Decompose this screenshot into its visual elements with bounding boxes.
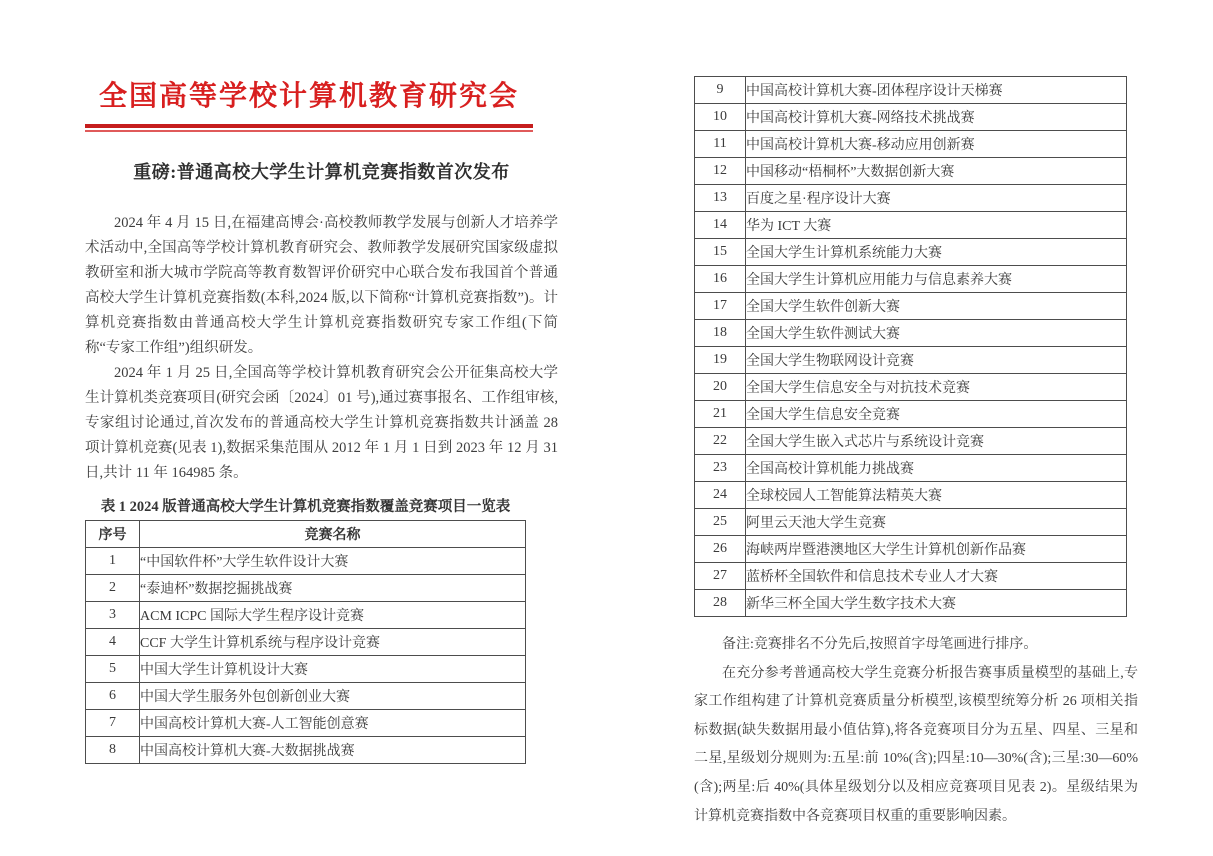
paragraph-1: 2024 年 4 月 15 日,在福建高博会·高校教师教学发展与创新人才培养学术… — [85, 211, 558, 361]
paragraph-3: 在充分参考普通高校大学生竞赛分析报告赛事质量模型的基础上,专家工作组构建了计算机… — [694, 660, 1138, 832]
competition-name-cell: 全国大学生软件测试大赛 — [746, 320, 1127, 347]
row-number-cell: 9 — [695, 77, 746, 104]
table-row: 28 新华三杯全国大学生数字技术大赛 — [695, 590, 1127, 617]
row-number-cell: 25 — [695, 509, 746, 536]
row-number-cell: 28 — [695, 590, 746, 617]
competition-name-cell: 华为 ICT 大赛 — [746, 212, 1127, 239]
rule-thin-line — [85, 130, 533, 132]
row-number-cell: 10 — [695, 104, 746, 131]
table-row: 11 中国高校计算机大赛-移动应用创新赛 — [695, 131, 1127, 158]
competition-name-cell: “泰迪杯”数据挖掘挑战赛 — [140, 575, 526, 602]
row-number-cell: 13 — [695, 185, 746, 212]
table-row: 23 全国高校计算机能力挑战赛 — [695, 455, 1127, 482]
table-row: 18 全国大学生软件测试大赛 — [695, 320, 1127, 347]
letterhead: 全国高等学校计算机教育研究会 — [85, 80, 533, 132]
competition-name-cell: ACM ICPC 国际大学生程序设计竞赛 — [140, 602, 526, 629]
org-title: 全国高等学校计算机教育研究会 — [85, 80, 533, 114]
competition-name-cell: 中国高校计算机大赛-大数据挑战赛 — [140, 737, 526, 764]
col-header-no: 序号 — [86, 521, 140, 548]
right-page-column: 9 中国高校计算机大赛-团体程序设计天梯赛 10 中国高校计算机大赛-网络技术挑… — [694, 73, 1138, 831]
table-row: 13 百度之星·程序设计大赛 — [695, 185, 1127, 212]
row-number-cell: 27 — [695, 563, 746, 590]
competition-name-cell: 全国大学生物联网设计竞赛 — [746, 347, 1127, 374]
competition-name-cell: “中国软件杯”大学生软件设计大赛 — [140, 548, 526, 575]
table-row: 8 中国高校计算机大赛-大数据挑战赛 — [86, 737, 526, 764]
row-number-cell: 14 — [695, 212, 746, 239]
table-row: 16 全国大学生计算机应用能力与信息素养大赛 — [695, 266, 1127, 293]
table-row: 12 中国移动“梧桐杯”大数据创新大赛 — [695, 158, 1127, 185]
table-row: 10 中国高校计算机大赛-网络技术挑战赛 — [695, 104, 1127, 131]
table-row: 7 中国高校计算机大赛-人工智能创意赛 — [86, 710, 526, 737]
row-number-cell: 1 — [86, 548, 140, 575]
rule-thick-line — [85, 124, 533, 128]
competition-name-cell: 全球校园人工智能算法精英大赛 — [746, 482, 1127, 509]
table-row: 9 中国高校计算机大赛-团体程序设计天梯赛 — [695, 77, 1127, 104]
row-number-cell: 2 — [86, 575, 140, 602]
table-row: 19 全国大学生物联网设计竞赛 — [695, 347, 1127, 374]
table-row: 25 阿里云天池大学生竞赛 — [695, 509, 1127, 536]
table-row: 4 CCF 大学生计算机系统与程序设计竞赛 — [86, 629, 526, 656]
row-number-cell: 16 — [695, 266, 746, 293]
row-number-cell: 18 — [695, 320, 746, 347]
left-page-column: 全国高等学校计算机教育研究会 重磅:普通高校大学生计算机竞赛指数首次发布 202… — [85, 80, 558, 764]
row-number-cell: 12 — [695, 158, 746, 185]
competition-name-cell: 中国大学生计算机设计大赛 — [140, 656, 526, 683]
competition-table-page2: 9 中国高校计算机大赛-团体程序设计天梯赛 10 中国高校计算机大赛-网络技术挑… — [694, 76, 1127, 617]
competition-name-cell: 全国大学生信息安全竞赛 — [746, 401, 1127, 428]
row-number-cell: 20 — [695, 374, 746, 401]
table-row: 21 全国大学生信息安全竞赛 — [695, 401, 1127, 428]
competition-name-cell: 中国大学生服务外包创新创业大赛 — [140, 683, 526, 710]
competition-name-cell: 百度之星·程序设计大赛 — [746, 185, 1127, 212]
table-row: 1 “中国软件杯”大学生软件设计大赛 — [86, 548, 526, 575]
row-number-cell: 5 — [86, 656, 140, 683]
row-number-cell: 23 — [695, 455, 746, 482]
table-row: 22 全国大学生嵌入式芯片与系统设计竞赛 — [695, 428, 1127, 455]
row-number-cell: 11 — [695, 131, 746, 158]
row-number-cell: 3 — [86, 602, 140, 629]
row-number-cell: 15 — [695, 239, 746, 266]
competition-name-cell: 中国高校计算机大赛-团体程序设计天梯赛 — [746, 77, 1127, 104]
table-row: 17 全国大学生软件创新大赛 — [695, 293, 1127, 320]
paragraph-2: 2024 年 1 月 25 日,全国高等学校计算机教育研究会公开征集高校大学生计… — [85, 361, 558, 486]
table-row: 26 海峡两岸暨港澳地区大学生计算机创新作品赛 — [695, 536, 1127, 563]
competition-name-cell: 全国大学生计算机应用能力与信息素养大赛 — [746, 266, 1127, 293]
competition-name-cell: 中国高校计算机大赛-人工智能创意赛 — [140, 710, 526, 737]
col-header-name: 竞赛名称 — [140, 521, 526, 548]
table-row: 27 蓝桥杯全国软件和信息技术专业人才大赛 — [695, 563, 1127, 590]
row-number-cell: 24 — [695, 482, 746, 509]
table-row: 6 中国大学生服务外包创新创业大赛 — [86, 683, 526, 710]
row-number-cell: 8 — [86, 737, 140, 764]
competition-name-cell: 海峡两岸暨港澳地区大学生计算机创新作品赛 — [746, 536, 1127, 563]
row-number-cell: 7 — [86, 710, 140, 737]
row-number-cell: 26 — [695, 536, 746, 563]
competition-name-cell: 中国移动“梧桐杯”大数据创新大赛 — [746, 158, 1127, 185]
table-1-title: 表 1 2024 版普通高校大学生计算机竞赛指数覆盖竞赛项目一览表 — [85, 497, 526, 517]
row-number-cell: 17 — [695, 293, 746, 320]
competition-name-cell: 中国高校计算机大赛-移动应用创新赛 — [746, 131, 1127, 158]
note-text: 备注:竞赛排名不分先后,按照首字母笔画进行排序。 — [694, 631, 1138, 660]
competition-name-cell: 蓝桥杯全国软件和信息技术专业人才大赛 — [746, 563, 1127, 590]
row-number-cell: 22 — [695, 428, 746, 455]
competition-name-cell: 全国大学生计算机系统能力大赛 — [746, 239, 1127, 266]
row-number-cell: 19 — [695, 347, 746, 374]
competition-name-cell: 阿里云天池大学生竞赛 — [746, 509, 1127, 536]
competition-name-cell: 中国高校计算机大赛-网络技术挑战赛 — [746, 104, 1127, 131]
document-page: 全国高等学校计算机教育研究会 重磅:普通高校大学生计算机竞赛指数首次发布 202… — [0, 0, 1213, 856]
table-header-row: 序号 竞赛名称 — [86, 521, 526, 548]
competition-name-cell: CCF 大学生计算机系统与程序设计竞赛 — [140, 629, 526, 656]
letterhead-rule — [85, 124, 533, 132]
competition-name-cell: 全国大学生嵌入式芯片与系统设计竞赛 — [746, 428, 1127, 455]
competition-table-page1: 序号 竞赛名称 1 “中国软件杯”大学生软件设计大赛 2 “泰迪杯”数据挖掘挑战… — [85, 520, 526, 764]
headline: 重磅:普通高校大学生计算机竞赛指数首次发布 — [85, 160, 558, 184]
competition-name-cell: 全国大学生信息安全与对抗技术竞赛 — [746, 374, 1127, 401]
table-row: 24 全球校园人工智能算法精英大赛 — [695, 482, 1127, 509]
row-number-cell: 4 — [86, 629, 140, 656]
table-row: 2 “泰迪杯”数据挖掘挑战赛 — [86, 575, 526, 602]
table-row: 20 全国大学生信息安全与对抗技术竞赛 — [695, 374, 1127, 401]
table-row: 15 全国大学生计算机系统能力大赛 — [695, 239, 1127, 266]
table-row: 3 ACM ICPC 国际大学生程序设计竞赛 — [86, 602, 526, 629]
competition-name-cell: 全国大学生软件创新大赛 — [746, 293, 1127, 320]
competition-name-cell: 新华三杯全国大学生数字技术大赛 — [746, 590, 1127, 617]
row-number-cell: 21 — [695, 401, 746, 428]
table-row: 14 华为 ICT 大赛 — [695, 212, 1127, 239]
row-number-cell: 6 — [86, 683, 140, 710]
competition-name-cell: 全国高校计算机能力挑战赛 — [746, 455, 1127, 482]
table-row: 5 中国大学生计算机设计大赛 — [86, 656, 526, 683]
